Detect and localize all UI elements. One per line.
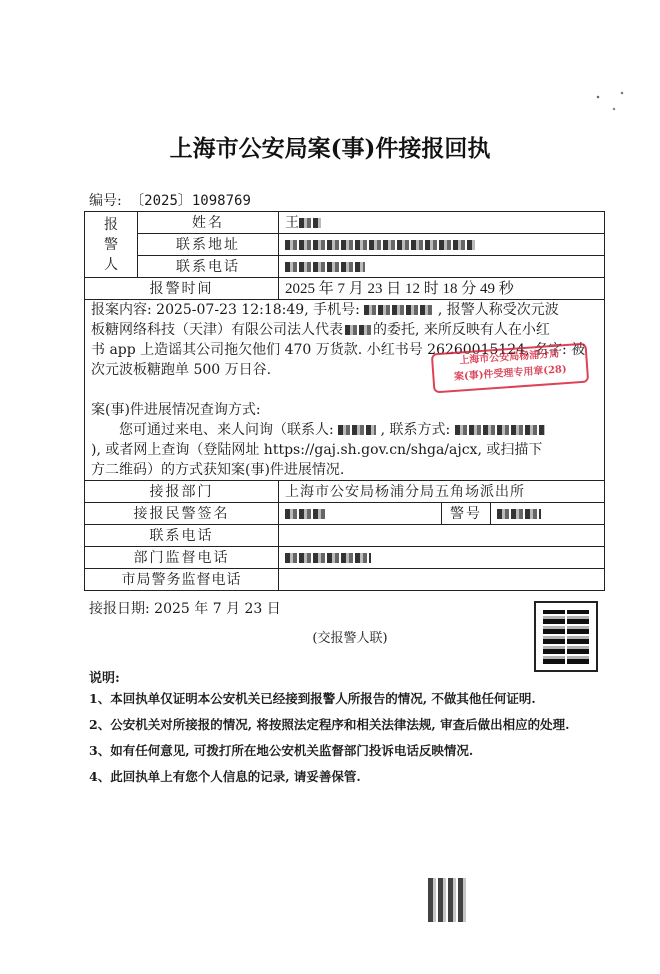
document-title: 上海市公安局案(事)件接报回执 bbox=[0, 130, 660, 163]
reporter-group-label: 报 警 人 bbox=[85, 212, 138, 278]
address-value bbox=[279, 234, 605, 256]
receive-date-label: 接报日期: bbox=[89, 601, 150, 617]
note-item: 1、本回执单仅证明本公安机关已经接到报警人所报告的情况, 不做其他任何证明. bbox=[89, 690, 569, 716]
content-line: 板糖网络科技（天津）有限公司法人代表的委托, 来所反映有人在小红 bbox=[91, 320, 598, 340]
progress-line: 方二维码）的方式获知案(事)件进展情况. bbox=[91, 460, 598, 480]
redaction bbox=[285, 509, 325, 519]
badge-label: 警号 bbox=[442, 503, 491, 525]
redaction bbox=[497, 509, 541, 519]
redaction bbox=[285, 553, 371, 563]
city-supervise-phone-value bbox=[279, 569, 605, 591]
qr-code[interactable] bbox=[534, 601, 598, 672]
name-value: 王 bbox=[279, 212, 605, 234]
phone-label: 联系电话 bbox=[138, 256, 279, 278]
content-text: 的委托, 来所反映有人在小红 bbox=[373, 322, 550, 338]
content-line: 报案内容: 2025-07-23 12:18:49, 手机号:, 报警人称受次元… bbox=[91, 300, 598, 320]
city-supervise-phone-label: 市局警务监督电话 bbox=[85, 569, 279, 591]
address-label: 联系地址 bbox=[138, 234, 279, 256]
bottom-code-icon bbox=[428, 878, 468, 922]
case-number-value: 〔2025〕1098769 bbox=[130, 193, 251, 209]
note-item: 4、此回执单上有您个人信息的记录, 请妥善保管. bbox=[89, 768, 569, 794]
scan-specks bbox=[590, 85, 630, 125]
progress-heading: 案(事)件进展情况查询方式: bbox=[91, 400, 598, 420]
notes-list: 1、本回执单仅证明本公安机关已经接到报警人所报告的情况, 不做其他任何证明. 2… bbox=[89, 690, 569, 794]
group-char: 警 bbox=[91, 235, 131, 255]
officer-phone-value bbox=[279, 525, 605, 547]
redaction bbox=[338, 425, 376, 435]
redaction bbox=[299, 218, 321, 228]
redaction bbox=[285, 240, 475, 250]
report-time-label: 报警时间 bbox=[85, 278, 279, 300]
receive-date-value: 2025 年 7 月 23 日 bbox=[154, 601, 281, 617]
content-text: 板糖网络科技（天津）有限公司法人代表 bbox=[91, 322, 343, 338]
receive-date: 接报日期: 2025 年 7 月 23 日 bbox=[89, 598, 281, 618]
report-time-value: 2025 年 7 月 23 日 12 时 18 分 49 秒 bbox=[279, 278, 605, 300]
phone-value bbox=[279, 256, 605, 278]
badge-value bbox=[491, 503, 605, 525]
supervise-phone-label: 部门监督电话 bbox=[85, 547, 279, 569]
content-text: , 报警人称受次元波 bbox=[438, 302, 559, 318]
progress-line-url: ), 或者网上查询（登陆网址 https://gaj.sh.gov.cn/shg… bbox=[91, 440, 598, 460]
redaction bbox=[364, 305, 434, 315]
dept-label: 接报部门 bbox=[85, 481, 279, 503]
report-form-table: 报 警 人 姓名 王 联系地址 联系电话 报警时间 2025 年 7 月 23 … bbox=[84, 211, 605, 591]
case-number: 编号: 〔2025〕1098769 bbox=[89, 190, 251, 210]
group-char: 报 bbox=[91, 215, 131, 235]
progress-text: , 联系方式: bbox=[381, 422, 451, 438]
supervise-phone-value bbox=[279, 547, 605, 569]
report-content-cell: 报案内容: 2025-07-23 12:18:49, 手机号:, 报警人称受次元… bbox=[85, 300, 605, 481]
redaction bbox=[285, 262, 365, 272]
officer-label: 接报民警签名 bbox=[85, 503, 279, 525]
group-char: 人 bbox=[91, 255, 131, 275]
dept-value: 上海市公安局杨浦分局五角场派出所 bbox=[279, 481, 605, 503]
officer-value bbox=[279, 503, 442, 525]
officer-phone-label: 联系电话 bbox=[85, 525, 279, 547]
content-text: 报案内容: 2025-07-23 12:18:49, 手机号: bbox=[91, 302, 360, 318]
qr-code-icon bbox=[543, 610, 589, 664]
note-item: 2、公安机关对所接报的情况, 将按照法定程序和相关法律法规, 审查后做出相应的处… bbox=[89, 716, 569, 742]
redaction bbox=[455, 425, 545, 435]
notes-title: 说明: bbox=[89, 667, 120, 686]
note-item: 3、如有任何意见, 可拨打所在地公安机关监督部门投诉电话反映情况. bbox=[89, 742, 569, 768]
case-number-label: 编号: bbox=[89, 193, 122, 209]
name-label: 姓名 bbox=[138, 212, 279, 234]
redaction bbox=[345, 325, 371, 335]
progress-text: 您可通过来电、来人问询（联系人: bbox=[119, 422, 334, 438]
progress-line: 您可通过来电、来人问询（联系人: , 联系方式: bbox=[91, 420, 598, 440]
